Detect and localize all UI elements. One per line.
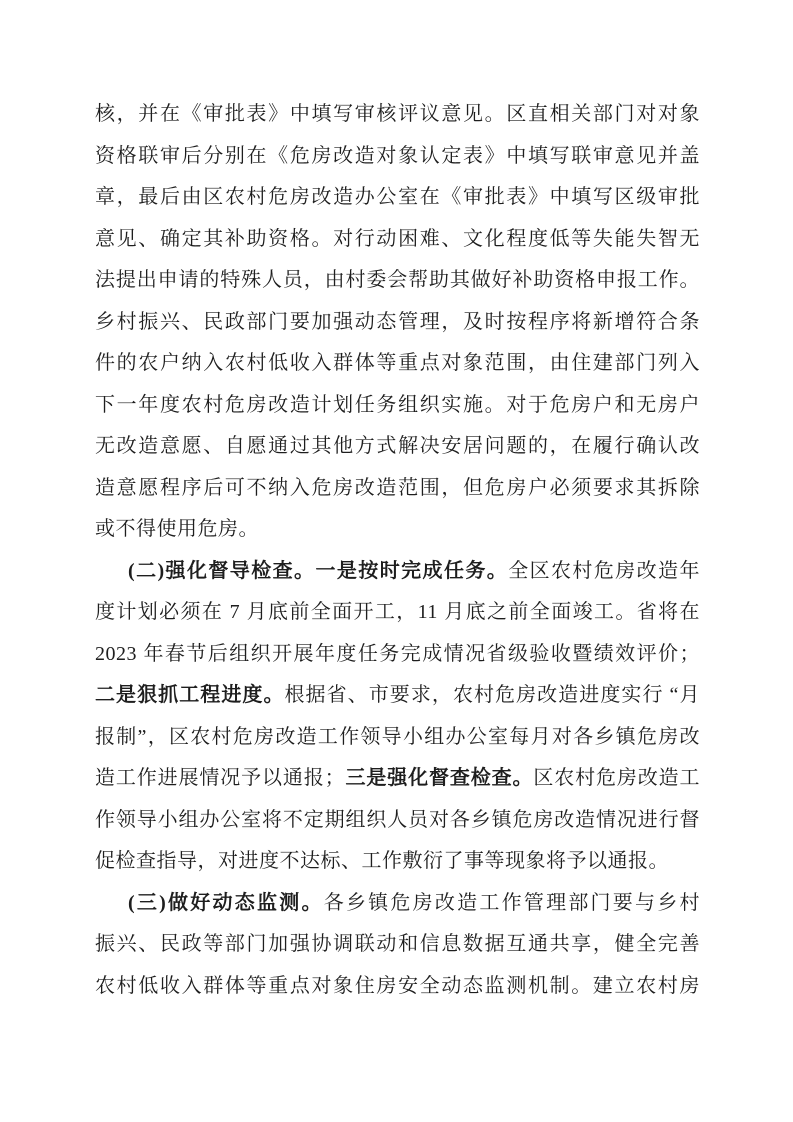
text-run: 各乡镇危房改造工作管理部门要与乡村	[324, 892, 700, 914]
paragraph-continuation: 核，并在《审批表》中填写审核评议意见。区直相关部门对对象资格联审后分别在《危房改…	[95, 94, 700, 551]
document-text-area: 核，并在《审批表》中填写审核评议意见。区直相关部门对对象资格联审后分别在《危房改…	[95, 94, 700, 1007]
text-run: 区农村危房改造工	[533, 767, 700, 789]
bold-text-run: (二)强化督导检查。一是按时完成任务。	[128, 560, 508, 582]
text-run: 法提出申请的特殊人员，由村委会帮助其做好补助资格申报工作。	[95, 269, 700, 291]
text-line: 2023 年春节后组织开展年度任务完成情况省级验收暨绩效评价；	[95, 634, 700, 676]
text-line: 核，并在《审批表》中填写审核评议意见。区直相关部门对对象	[95, 94, 700, 136]
text-line: 报制”，区农村危房改造工作领导小组办公室每月对各乡镇危房改	[95, 717, 700, 759]
text-run: 件的农户纳入农村低收入群体等重点对象范围，由住建部门列入	[95, 352, 700, 374]
text-run: 乡村振兴、民政部门要加强动态管理，及时按程序将新增符合条	[95, 311, 700, 333]
text-run: 振兴、民政等部门加强协调联动和信息数据互通共享，健全完善	[95, 933, 700, 955]
text-run: 无改造意愿、自愿通过其他方式解决安居问题的，在履行确认改	[95, 435, 700, 457]
text-run: 造工作进展情况予以通报；	[95, 767, 345, 789]
paragraph-section-3: (三)做好动态监测。各乡镇危房改造工作管理部门要与乡村振兴、民政等部门加强协调联…	[95, 883, 700, 1008]
text-line: 无改造意愿、自愿通过其他方式解决安居问题的，在履行确认改	[95, 426, 700, 468]
bold-text-run: (三)做好动态监测。	[128, 892, 324, 914]
text-line: 下一年度农村危房改造计划任务组织实施。对于危房户和无房户	[95, 385, 700, 427]
text-run: 意见、确定其补助资格。对行动困难、文化程度低等失能失智无	[95, 228, 700, 250]
text-line: 振兴、民政等部门加强协调联动和信息数据互通共享，健全完善	[95, 924, 700, 966]
text-line: 造工作进展情况予以通报；三是强化督查检查。区农村危房改造工	[95, 758, 700, 800]
text-run: 下一年度农村危房改造计划任务组织实施。对于危房户和无房户	[95, 394, 700, 416]
text-run: 根据省、市要求，农村危房改造进度实行 “月	[285, 684, 701, 706]
text-line: 促检查指导，对进度不达标、工作敷衍了事等现象将予以通报。	[95, 841, 700, 883]
text-line: 乡村振兴、民政部门要加强动态管理，及时按程序将新增符合条	[95, 302, 700, 344]
text-line: 意见、确定其补助资格。对行动困难、文化程度低等失能失智无	[95, 219, 700, 261]
text-line: 或不得使用危房。	[95, 509, 700, 551]
text-line: 作领导小组办公室将不定期组织人员对各乡镇危房改造情况进行督	[95, 800, 700, 842]
text-run: 核，并在《审批表》中填写审核评议意见。区直相关部门对对象	[95, 103, 700, 125]
text-line: 法提出申请的特殊人员，由村委会帮助其做好补助资格申报工作。	[95, 260, 700, 302]
text-run: 2023 年春节后组织开展年度任务完成情况省级验收暨绩效评价；	[95, 643, 700, 665]
text-run: 全区农村危房改造年	[508, 560, 700, 582]
document-page: 核，并在《审批表》中填写审核评议意见。区直相关部门对对象资格联审后分别在《危房改…	[0, 0, 793, 1122]
text-line: 件的农户纳入农村低收入群体等重点对象范围，由住建部门列入	[95, 343, 700, 385]
text-line: 农村低收入群体等重点对象住房安全动态监测机制。建立农村房	[95, 966, 700, 1008]
text-run: 作领导小组办公室将不定期组织人员对各乡镇危房改造情况进行督	[95, 809, 700, 831]
text-run: 报制”，区农村危房改造工作领导小组办公室每月对各乡镇危房改	[95, 726, 700, 748]
text-run: 农村低收入群体等重点对象住房安全动态监测机制。建立农村房	[95, 975, 700, 997]
text-line: 度计划必须在 7 月底前全面开工，11 月底之前全面竣工。省将在	[95, 592, 700, 634]
text-run: 资格联审后分别在《危房改造对象认定表》中填写联审意见并盖	[95, 145, 700, 167]
text-run: 造意愿程序后可不纳入危房改造范围，但危房户必须要求其拆除	[95, 477, 700, 499]
bold-text-run: 三是强化督查检查。	[345, 767, 533, 789]
paragraph-section-2: (二)强化督导检查。一是按时完成任务。全区农村危房改造年度计划必须在 7 月底前…	[95, 551, 700, 883]
text-line: 资格联审后分别在《危房改造对象认定表》中填写联审意见并盖	[95, 136, 700, 178]
text-run: 章，最后由区农村危房改造办公室在《审批表》中填写区级审批	[95, 186, 700, 208]
text-run: 度计划必须在 7 月底前全面开工，11 月底之前全面竣工。省将在	[95, 601, 700, 623]
text-line: (三)做好动态监测。各乡镇危房改造工作管理部门要与乡村	[95, 883, 700, 925]
text-run: 或不得使用危房。	[95, 518, 259, 540]
text-run: 促检查指导，对进度不达标、工作敷衍了事等现象将予以通报。	[95, 850, 669, 872]
text-line: 二是狠抓工程进度。根据省、市要求，农村危房改造进度实行 “月	[95, 675, 700, 717]
text-line: 章，最后由区农村危房改造办公室在《审批表》中填写区级审批	[95, 177, 700, 219]
text-line: 造意愿程序后可不纳入危房改造范围，但危房户必须要求其拆除	[95, 468, 700, 510]
bold-text-run: 二是狠抓工程进度。	[95, 684, 285, 706]
text-line: (二)强化督导检查。一是按时完成任务。全区农村危房改造年	[95, 551, 700, 593]
